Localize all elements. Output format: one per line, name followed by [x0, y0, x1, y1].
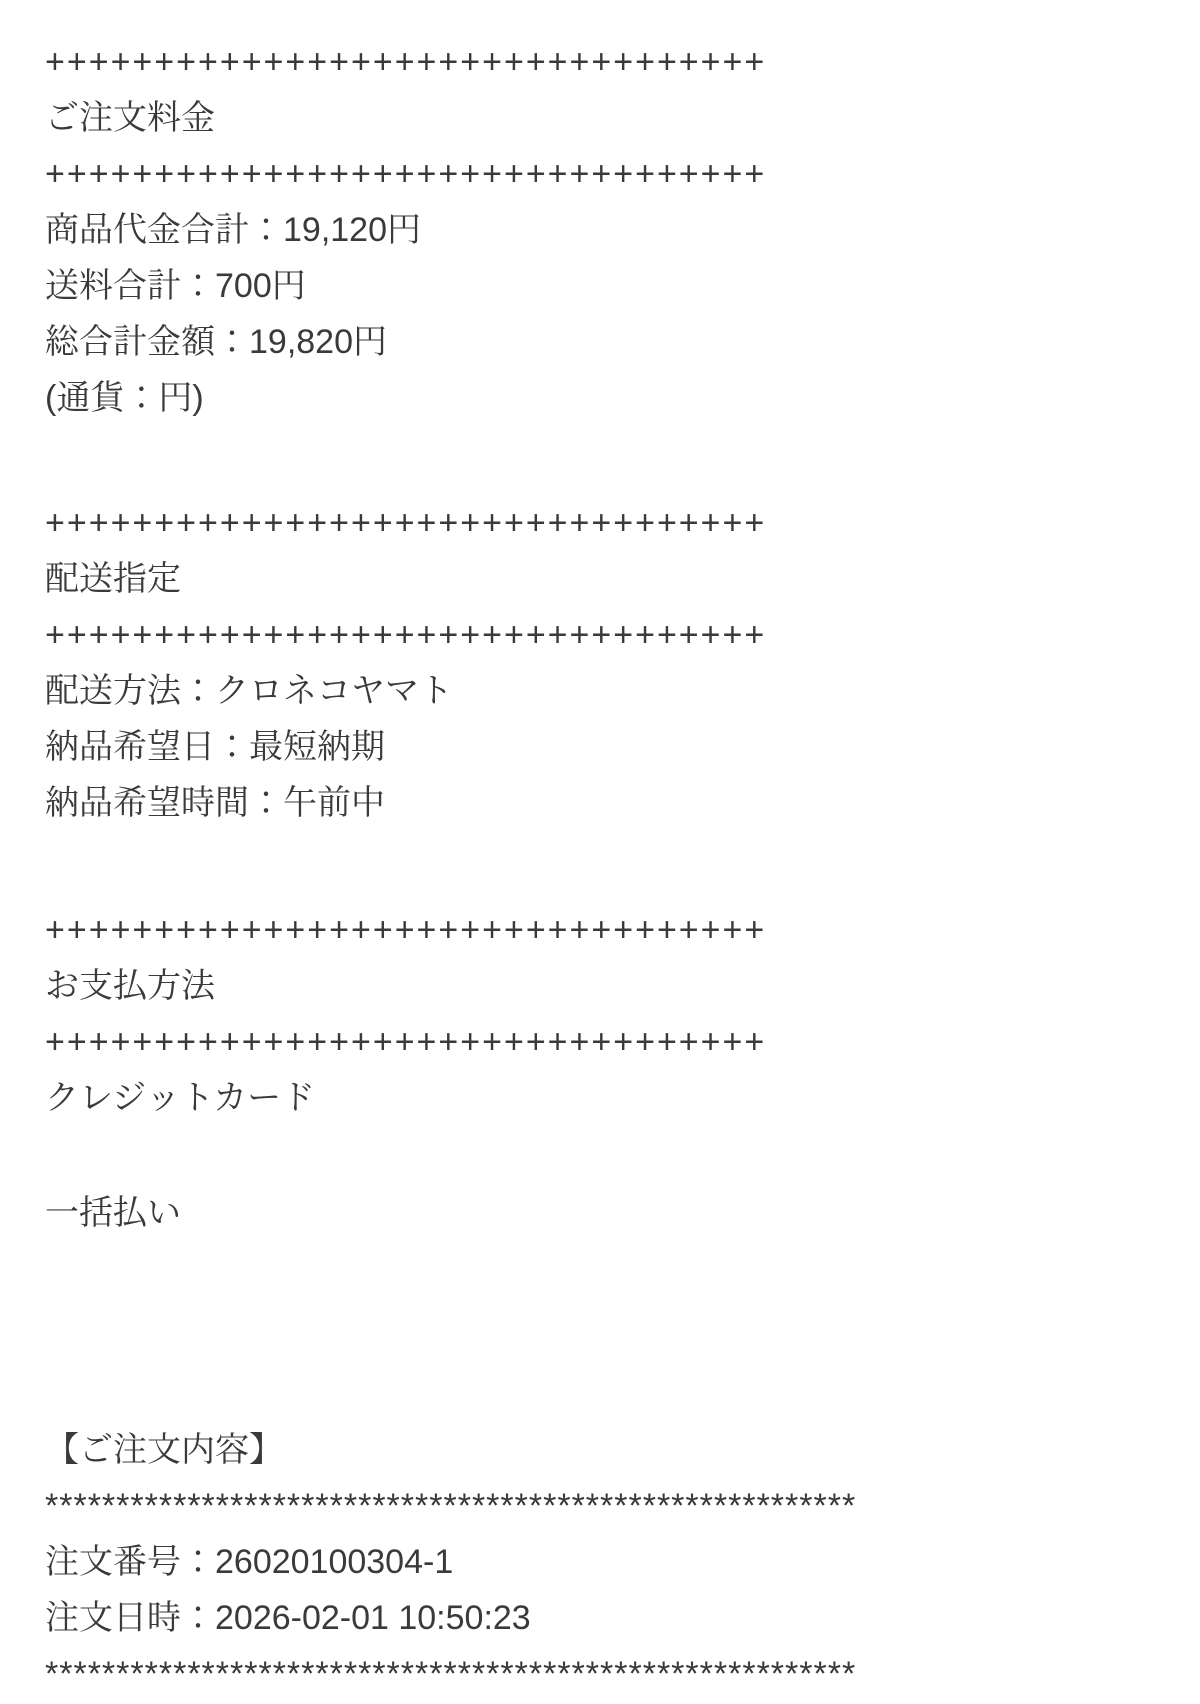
grand-total-label: 総合計金額：	[45, 323, 249, 361]
order-number-value: 26020100304-1	[215, 1543, 453, 1581]
desired-date-label: 納品希望日：	[45, 728, 249, 766]
currency-note: (通貨：円)	[45, 370, 1170, 426]
plus-separator-line: +++++++++++++++++++++++++++++++++	[45, 34, 1170, 90]
desired-date-value: 最短納期	[249, 728, 385, 766]
section-delivery: +++++++++++++++++++++++++++++++++ 配送指定 +…	[45, 495, 1170, 831]
star-separator-line: ****************************************…	[45, 1646, 1170, 1702]
item-total-value: 19,120円	[283, 211, 421, 249]
desired-date-row: 納品希望日：最短納期	[45, 719, 1170, 775]
shipping-total-row: 送料合計：700円	[45, 258, 1170, 314]
payment-installment: 一括払い	[45, 1185, 1170, 1241]
section-payment: +++++++++++++++++++++++++++++++++ お支払方法 …	[45, 902, 1170, 1241]
order-number-row: 注文番号：26020100304-1	[45, 1534, 1170, 1590]
delivery-method-value: クロネコヤマト	[215, 672, 453, 710]
delivery-title: 配送指定	[45, 551, 1170, 607]
delivery-method-label: 配送方法：	[45, 672, 215, 710]
desired-time-row: 納品希望時間：午前中	[45, 775, 1170, 831]
section-order-fees: +++++++++++++++++++++++++++++++++ ご注文料金 …	[45, 34, 1170, 426]
plus-separator-line: +++++++++++++++++++++++++++++++++	[45, 902, 1170, 958]
delivery-method-row: 配送方法：クロネコヤマト	[45, 663, 1170, 719]
shipping-total-value: 700円	[215, 267, 306, 305]
plus-separator-line: +++++++++++++++++++++++++++++++++	[45, 607, 1170, 663]
order-number-label: 注文番号：	[45, 1543, 215, 1581]
order-confirmation-email: +++++++++++++++++++++++++++++++++ ご注文料金 …	[0, 0, 1200, 1704]
desired-time-label: 納品希望時間：	[45, 784, 283, 822]
order-datetime-label: 注文日時：	[45, 1599, 215, 1637]
payment-title: お支払方法	[45, 958, 1170, 1014]
shipping-total-label: 送料合計：	[45, 267, 215, 305]
grand-total-value: 19,820円	[249, 323, 387, 361]
item-total-row: 商品代金合計：19,120円	[45, 202, 1170, 258]
payment-method: クレジットカード	[45, 1070, 1170, 1126]
desired-time-value: 午前中	[283, 784, 385, 822]
order-datetime-row: 注文日時：2026-02-01 10:50:23	[45, 1590, 1170, 1646]
plus-separator-line: +++++++++++++++++++++++++++++++++	[45, 146, 1170, 202]
order-details-heading: 【ご注文内容】	[45, 1422, 1170, 1478]
item-total-label: 商品代金合計：	[45, 211, 283, 249]
plus-separator-line: +++++++++++++++++++++++++++++++++	[45, 1014, 1170, 1070]
order-datetime-value: 2026-02-01 10:50:23	[215, 1599, 531, 1637]
plus-separator-line: +++++++++++++++++++++++++++++++++	[45, 495, 1170, 551]
order-fees-title: ご注文料金	[45, 90, 1170, 146]
grand-total-row: 総合計金額：19,820円	[45, 314, 1170, 370]
section-order-details: 【ご注文内容】 ********************************…	[45, 1422, 1170, 1702]
star-separator-line: ****************************************…	[45, 1478, 1170, 1534]
